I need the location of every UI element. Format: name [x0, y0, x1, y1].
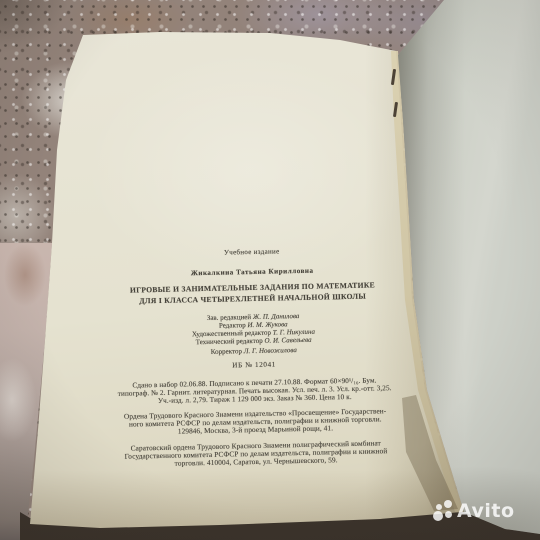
- photo-vignette: [0, 0, 540, 540]
- avito-watermark: Avito: [430, 496, 515, 526]
- avito-logo-icon: [430, 496, 457, 526]
- avito-watermark-text: Avito: [457, 496, 515, 526]
- photo-open-book-colophon: Учебное издание Жикалкина Татьяна Кирилл…: [0, 0, 540, 540]
